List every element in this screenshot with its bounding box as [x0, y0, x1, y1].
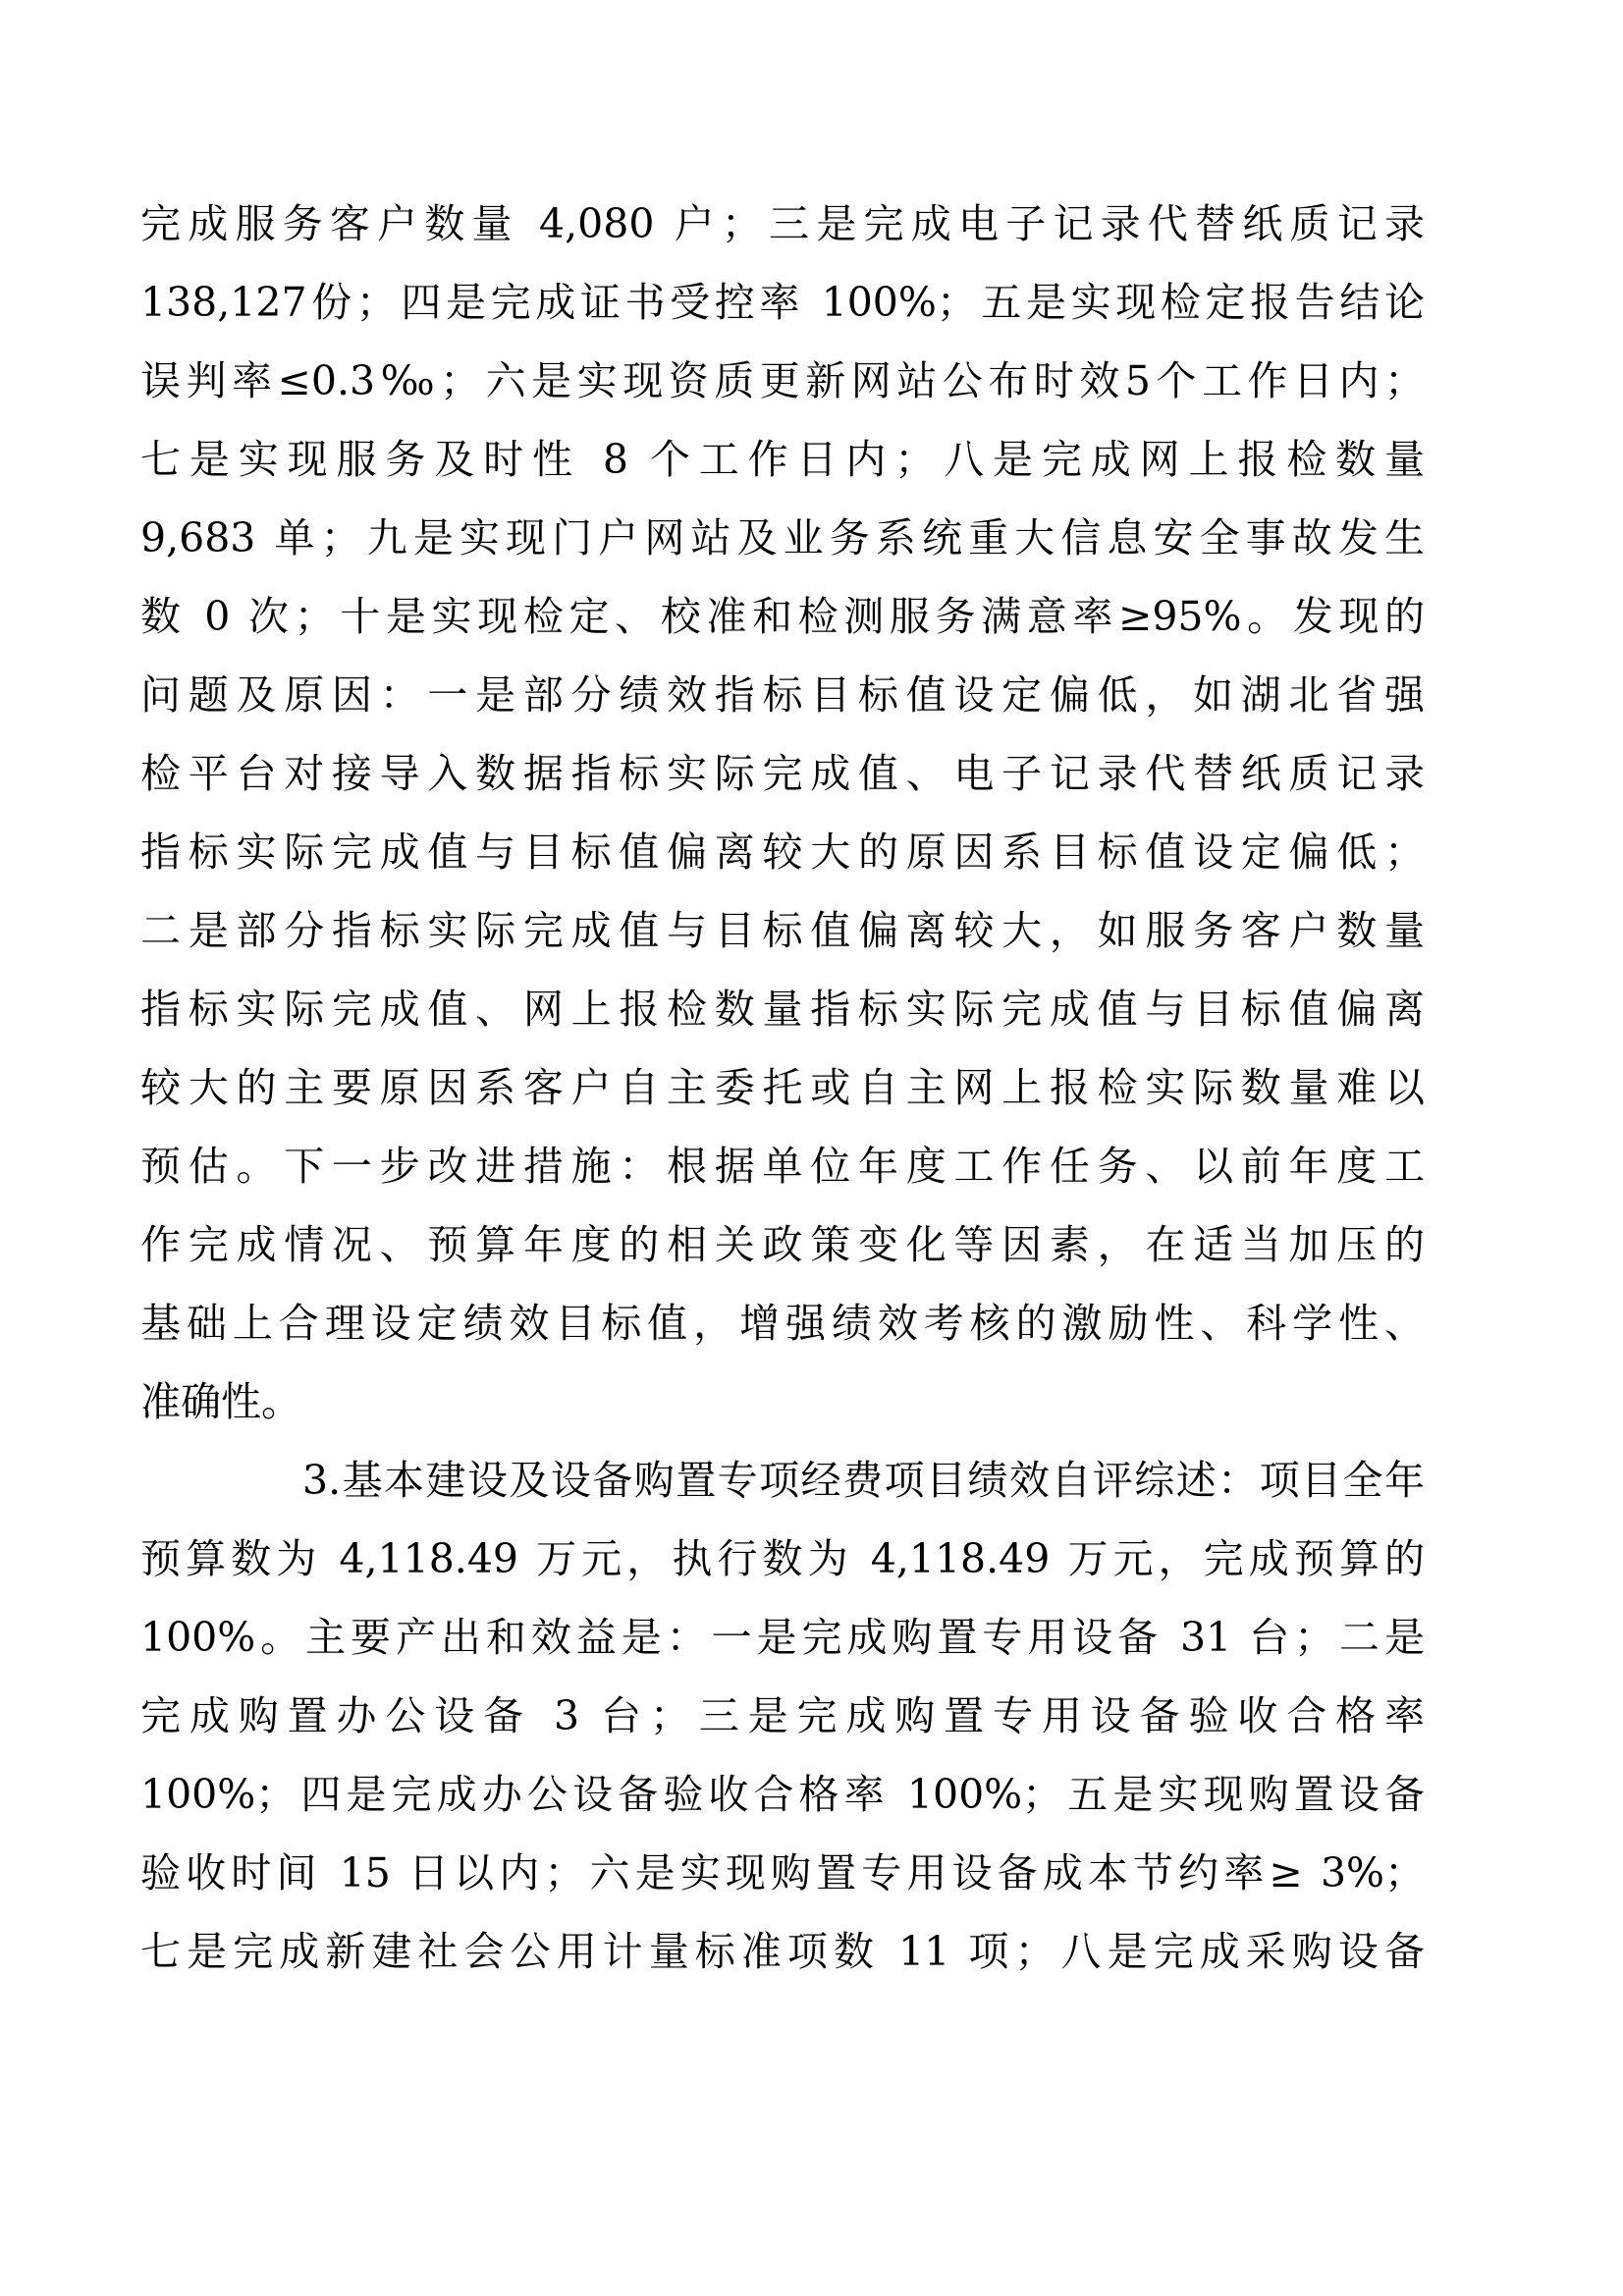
- body-text: 完成服务客户数量 4,080 户；三是完成电子记录代替纸质记录 138,127份…: [140, 185, 1425, 1991]
- text-line: 问题及原因：一是部分绩效指标目标值设定偏低，如湖北省强: [140, 656, 1425, 734]
- text-line: 验收时间 15 日以内；六是实现购置专用设备成本节约率≥ 3%；: [140, 1834, 1425, 1912]
- document-page: 完成服务客户数量 4,080 户；三是完成电子记录代替纸质记录 138,127份…: [0, 0, 1623, 2296]
- text-line: 100%；四是完成办公设备验收合格率 100%；五是实现购置设备: [140, 1755, 1425, 1834]
- text-line-first-indented: 3.基本建设及设备购置专项经费项目绩效自评综述：项目全年: [140, 1441, 1425, 1520]
- text-line: 指标实际完成值与目标值偏离较大的原因系目标值设定偏低；: [140, 813, 1425, 891]
- text-line: 完成购置办公设备 3 台；三是完成购置专用设备验收合格率: [140, 1677, 1425, 1755]
- text-line: 误判率≤0.3‰；六是实现资质更新网站公布时效5个工作日内；: [140, 342, 1425, 420]
- text-line: 100%。主要产出和效益是：一是完成购置专用设备 31 台；二是: [140, 1598, 1425, 1677]
- text-line: 七是完成新建社会公用计量标准项数 11 项；八是完成采购设备: [140, 1912, 1425, 1991]
- text-line: 较大的主要原因系客户自主委托或自主网上报检实际数量难以: [140, 1048, 1425, 1127]
- text-line: 二是部分指标实际完成值与目标值偏离较大，如服务客户数量: [140, 891, 1425, 970]
- text-line: 9,683 单；九是实现门户网站及业务系统重大信息安全事故发生: [140, 499, 1425, 577]
- text-line: 预算数为 4,118.49 万元，执行数为 4,118.49 万元，完成预算的: [140, 1520, 1425, 1598]
- text-line: 七是实现服务及时性 8 个工作日内；八是完成网上报检数量: [140, 420, 1425, 499]
- paragraph-capital-construction-equipment: 3.基本建设及设备购置专项经费项目绩效自评综述：项目全年 预算数为 4,118.…: [140, 1441, 1425, 1991]
- text-line: 预估。下一步改进措施：根据单位年度工作任务、以前年度工: [140, 1127, 1425, 1205]
- text-line-last: 准确性。: [140, 1362, 1425, 1441]
- paragraph-performance-summary-continued: 完成服务客户数量 4,080 户；三是完成电子记录代替纸质记录 138,127份…: [140, 185, 1425, 1441]
- text-line: 完成服务客户数量 4,080 户；三是完成电子记录代替纸质记录: [140, 185, 1425, 263]
- text-line: 数 0 次；十是实现检定、校准和检测服务满意率≥95%。发现的: [140, 577, 1425, 656]
- text-line: 138,127份；四是完成证书受控率 100%；五是实现检定报告结论: [140, 263, 1425, 342]
- text-line: 作完成情况、预算年度的相关政策变化等因素，在适当加压的: [140, 1205, 1425, 1284]
- text-line: 基础上合理设定绩效目标值，增强绩效考核的激励性、科学性、: [140, 1284, 1425, 1362]
- text-line: 检平台对接导入数据指标实际完成值、电子记录代替纸质记录: [140, 734, 1425, 813]
- text-line: 指标实际完成值、网上报检数量指标实际完成值与目标值偏离: [140, 970, 1425, 1048]
